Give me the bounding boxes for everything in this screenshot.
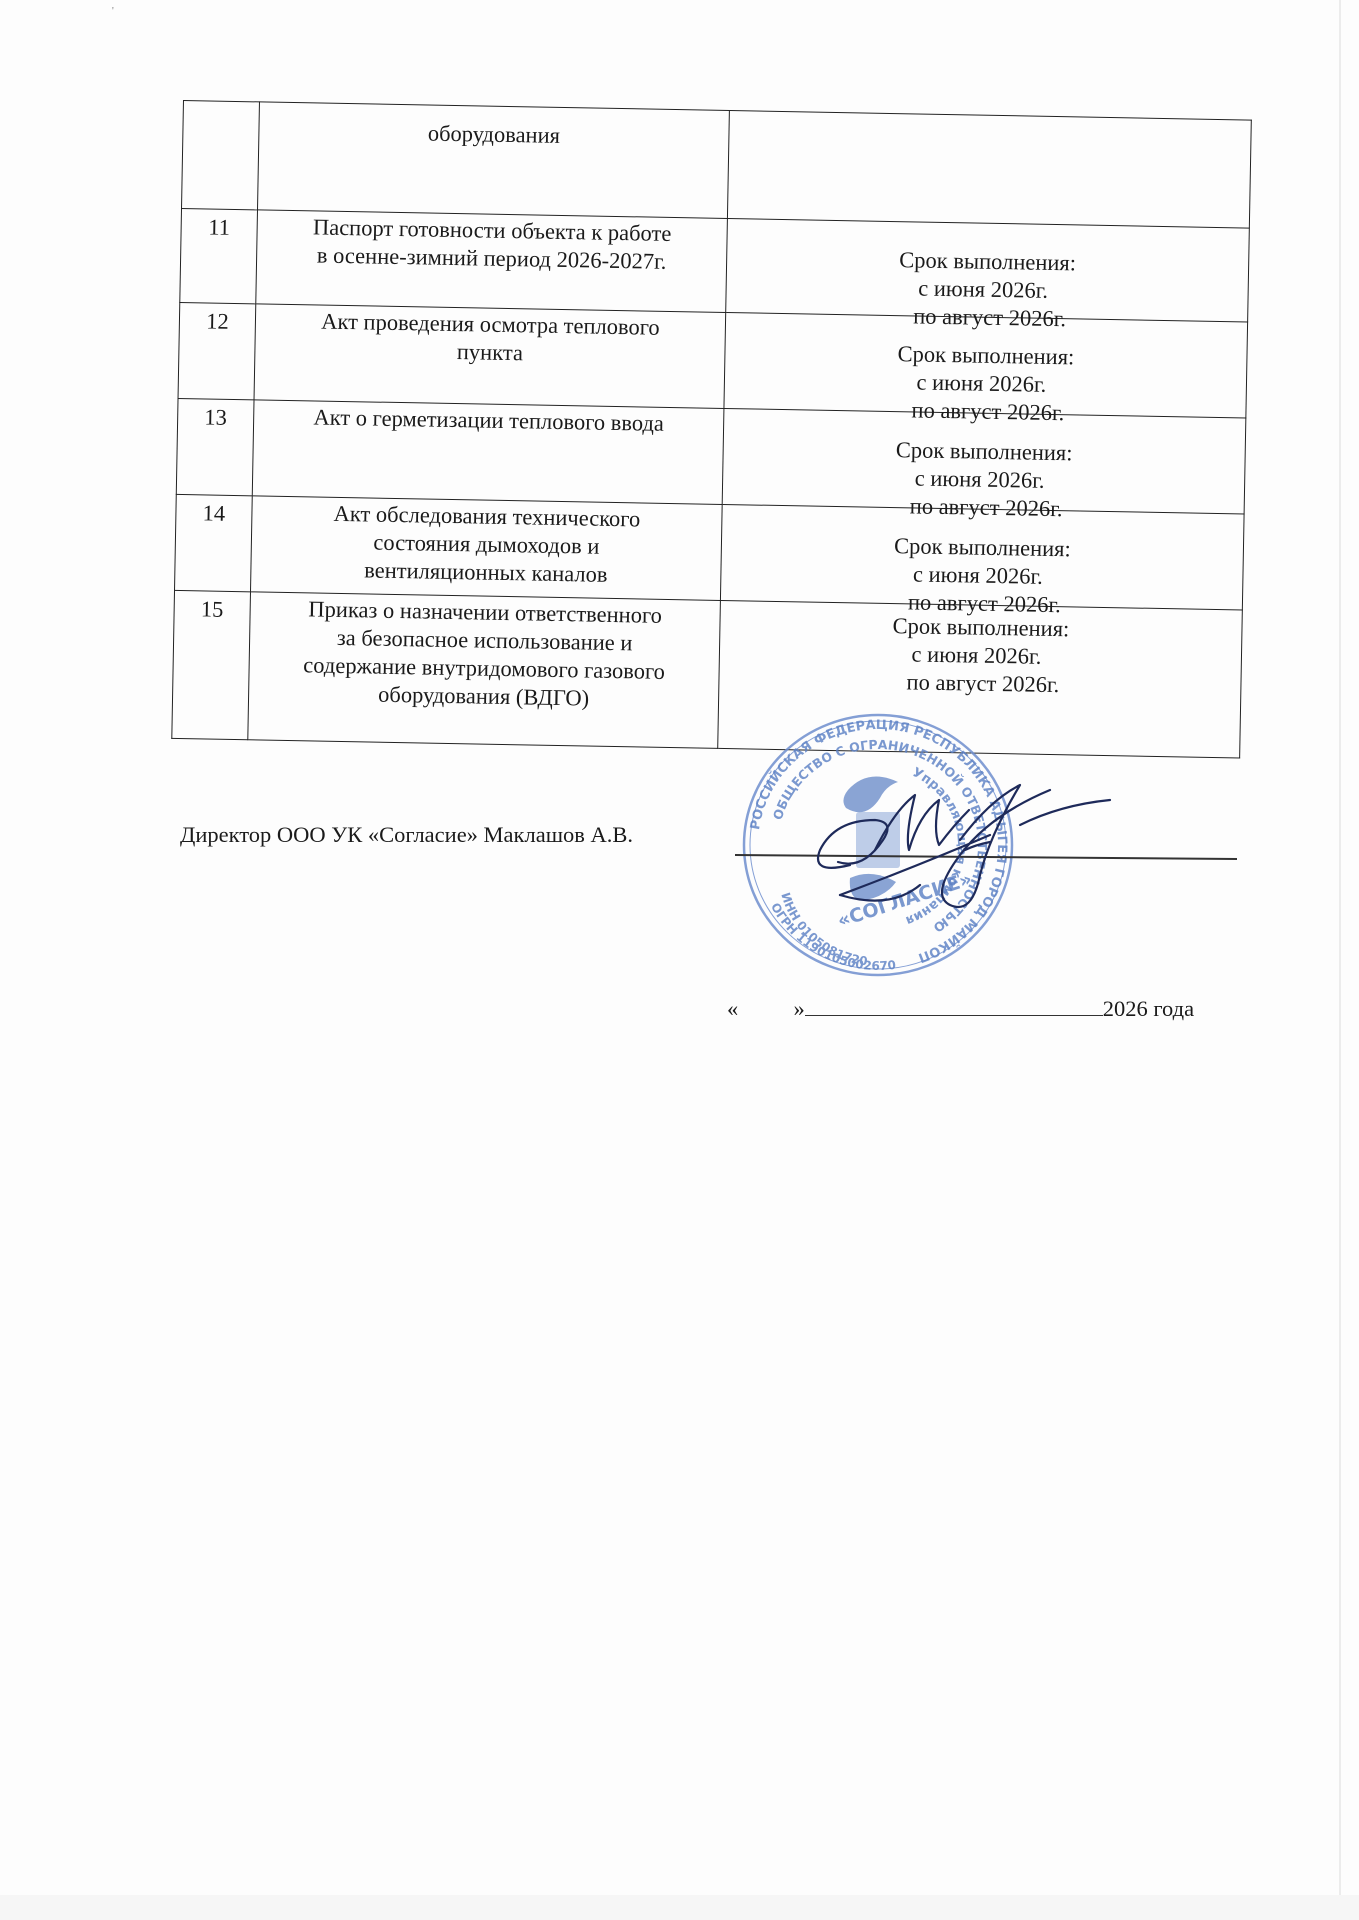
row-number: 15 — [172, 590, 251, 739]
scan-speck: ' — [112, 6, 114, 17]
document-table: оборудования 11Паспорт готовности объект… — [171, 100, 1251, 758]
row-deadline: Срок выполнения:с июня 2026г.по август 2… — [722, 408, 1246, 514]
scan-edge-bottom — [0, 1895, 1359, 1920]
row-number: 11 — [180, 208, 258, 303]
row-number: 12 — [178, 302, 256, 399]
table-row: 15Приказ о назначении ответственногоза б… — [172, 590, 1243, 758]
director-signature-label: Директор ООО УК «Согласие» Маклашов А.В. — [180, 822, 633, 848]
date-line: « »2026 года — [727, 995, 1194, 1022]
row-document-name: Акт проведения осмотра тепловогопункта — [254, 304, 726, 409]
row-deadline: Срок выполнения:с июня 2026г.по август 2… — [720, 504, 1244, 610]
date-close-quote: » — [794, 996, 805, 1022]
row-document-name: Паспорт готовности объекта к работев осе… — [256, 210, 728, 313]
row-document-name: оборудования — [257, 102, 729, 219]
scan-edge — [1339, 0, 1341, 1900]
row-deadline: Срок выполнения:с июня 2026г.по август 2… — [726, 218, 1250, 322]
row-document-name: Приказ о назначении ответственногоза без… — [248, 592, 721, 749]
handwritten-signature-icon — [780, 770, 1120, 920]
date-blank-field — [805, 995, 1103, 1016]
date-open-quote: « — [727, 996, 738, 1022]
table-row-continuation: оборудования — [182, 101, 1252, 229]
row-document-name-line: Акт о герметизации теплового ввода — [254, 402, 723, 439]
date-year: 2026 года — [1103, 996, 1194, 1021]
row-number: 13 — [176, 398, 254, 495]
row-document-name: Акт обследования техническогосостояния д… — [250, 496, 722, 601]
row-document-name: Акт о герметизации теплового ввода — [252, 400, 724, 505]
row-number: 14 — [175, 494, 253, 591]
row-deadline — [727, 111, 1251, 229]
row-deadline: Срок выполнения:с июня 2026г.по август 2… — [724, 312, 1248, 418]
row-number — [182, 101, 260, 210]
